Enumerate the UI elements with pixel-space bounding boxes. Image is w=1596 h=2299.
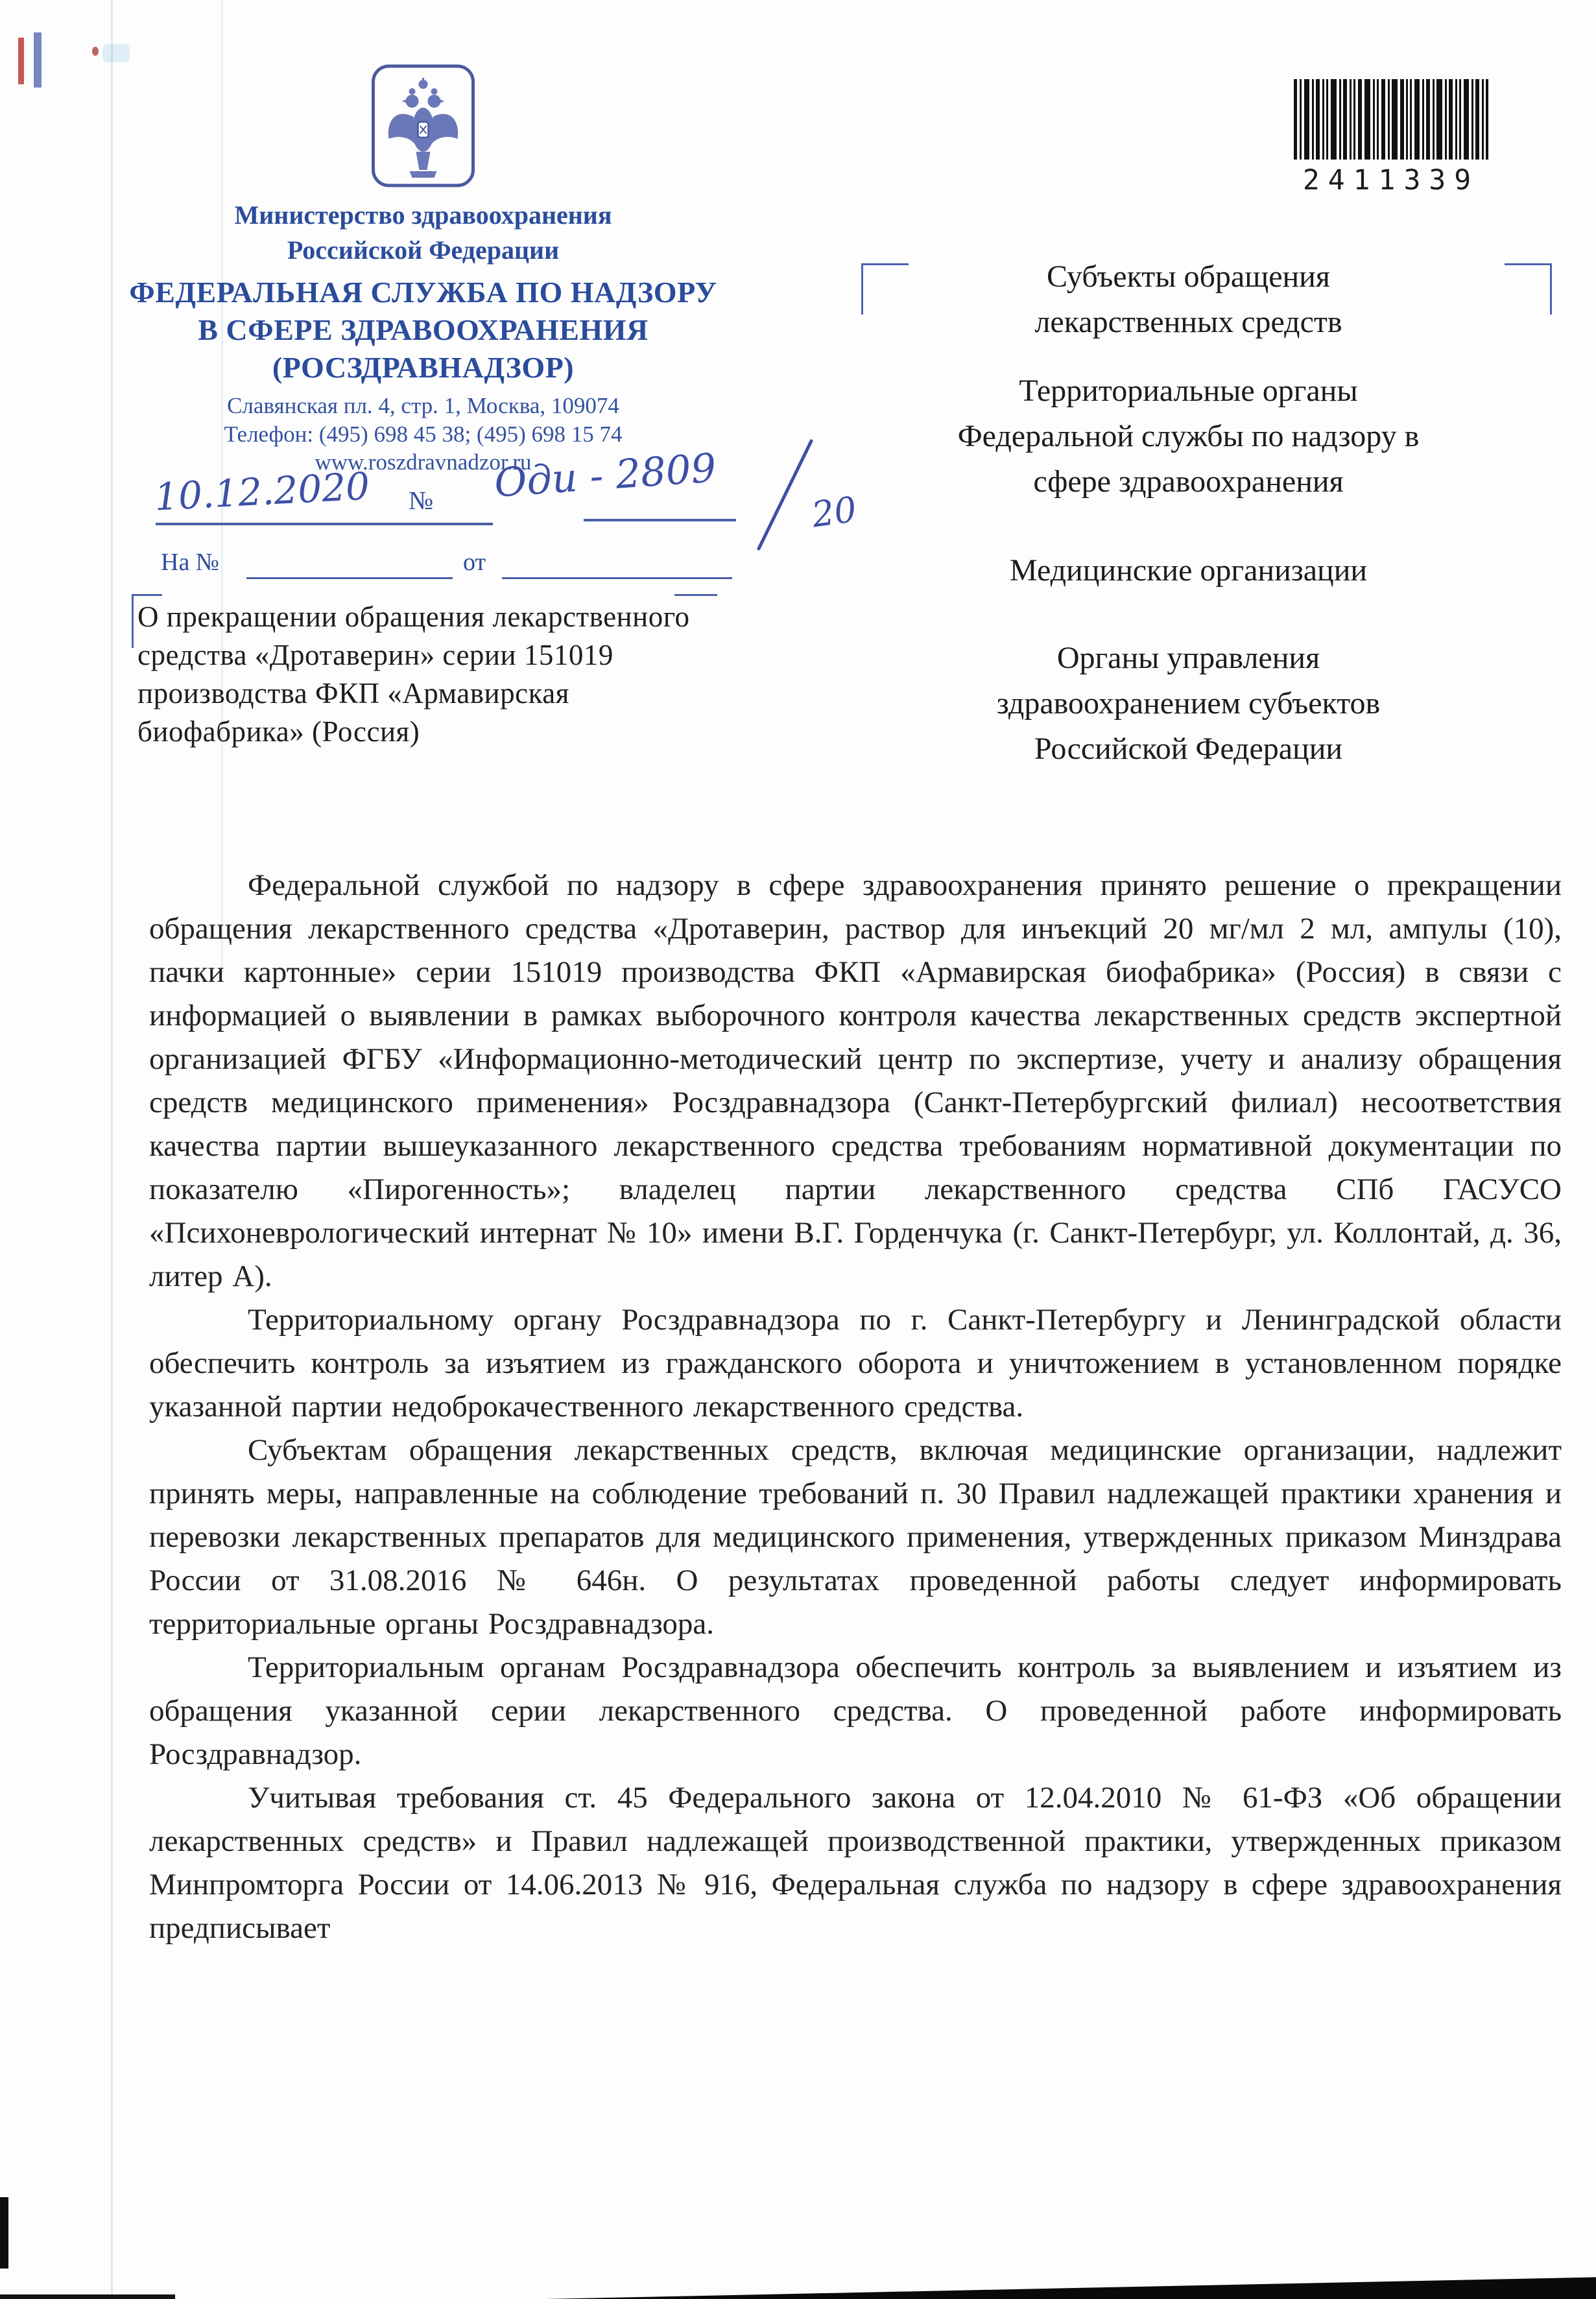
blue-edge-mark-artifact: [34, 32, 42, 88]
red-edge-mark-artifact: [18, 38, 24, 84]
bottom-scan-shadow-artifact: [545, 2272, 1596, 2299]
body-paragraph-territorial-spb: Территориальному органу Росздравнадзора …: [149, 1298, 1562, 1429]
service-name-line3: (РОСЗДРАВНАДЗОР): [113, 350, 733, 385]
service-name-line2: В СФЕРЕ ЗДРАВООХРАНЕНИЯ: [113, 313, 733, 347]
recipient-health-authorities: Органы управления здравоохранением субъе…: [850, 636, 1527, 772]
left-edge-scan-bar-artifact: [0, 2197, 8, 2269]
handwritten-slash: [757, 439, 814, 551]
bottom-edge-strip-artifact: [0, 2294, 175, 2299]
ministry-name-line1: Министерство здравоохранения: [113, 200, 733, 230]
subject-text: О прекращении обращения лекарственного с…: [137, 598, 741, 751]
reply-from-label: от: [463, 548, 486, 577]
red-dot-artifact: [92, 47, 99, 56]
letter-page: Министерство здравоохранения Российской …: [0, 0, 1596, 2299]
reply-number-underline: [246, 577, 453, 579]
barcode-number: 2411339: [1292, 164, 1490, 197]
body-paragraph-subjects-measures: Субъектам обращения лекарственных средст…: [149, 1429, 1562, 1646]
recipient-medical-organizations: Медицинские организации: [850, 548, 1527, 593]
body-paragraph-territorial-control: Территориальным органам Росздравнадзора …: [149, 1646, 1562, 1776]
letter-body: Федеральной службой по надзору в сфере з…: [149, 864, 1562, 1950]
smudge-artifact: [102, 44, 130, 62]
letterhead-phone: Телефон: (495) 698 45 38; (495) 698 15 7…: [113, 422, 733, 447]
reply-date-underline: [502, 577, 732, 579]
coat-of-arms-emblem: [113, 64, 733, 191]
service-name-line1: ФЕДЕРАЛЬНАЯ СЛУЖБА ПО НАДЗОРУ: [113, 275, 733, 309]
barcode-bars: [1294, 79, 1488, 160]
letterhead-address: Славянская пл. 4, стр. 1, Москва, 109074: [113, 393, 733, 419]
number-underline: [584, 519, 736, 521]
reply-to-number-label: На №: [161, 548, 219, 577]
ministry-name-line2: Российской Федерации: [113, 235, 733, 265]
date-underline: [156, 523, 493, 525]
body-paragraph-decision: Федеральной службой по надзору в сфере з…: [149, 864, 1562, 1298]
recipient-drug-circulation-subjects: Субъекты обращения лекарственных средств: [850, 254, 1527, 345]
body-paragraph-legal-basis: Учитывая требования ст. 45 Федерального …: [149, 1776, 1562, 1950]
recipient-territorial-bodies: Территориальные органы Федеральной служб…: [850, 368, 1527, 505]
scan-line-artifact: [111, 0, 113, 2299]
number-sign-label: №: [409, 485, 433, 516]
barcode: 2411339: [1292, 79, 1490, 197]
